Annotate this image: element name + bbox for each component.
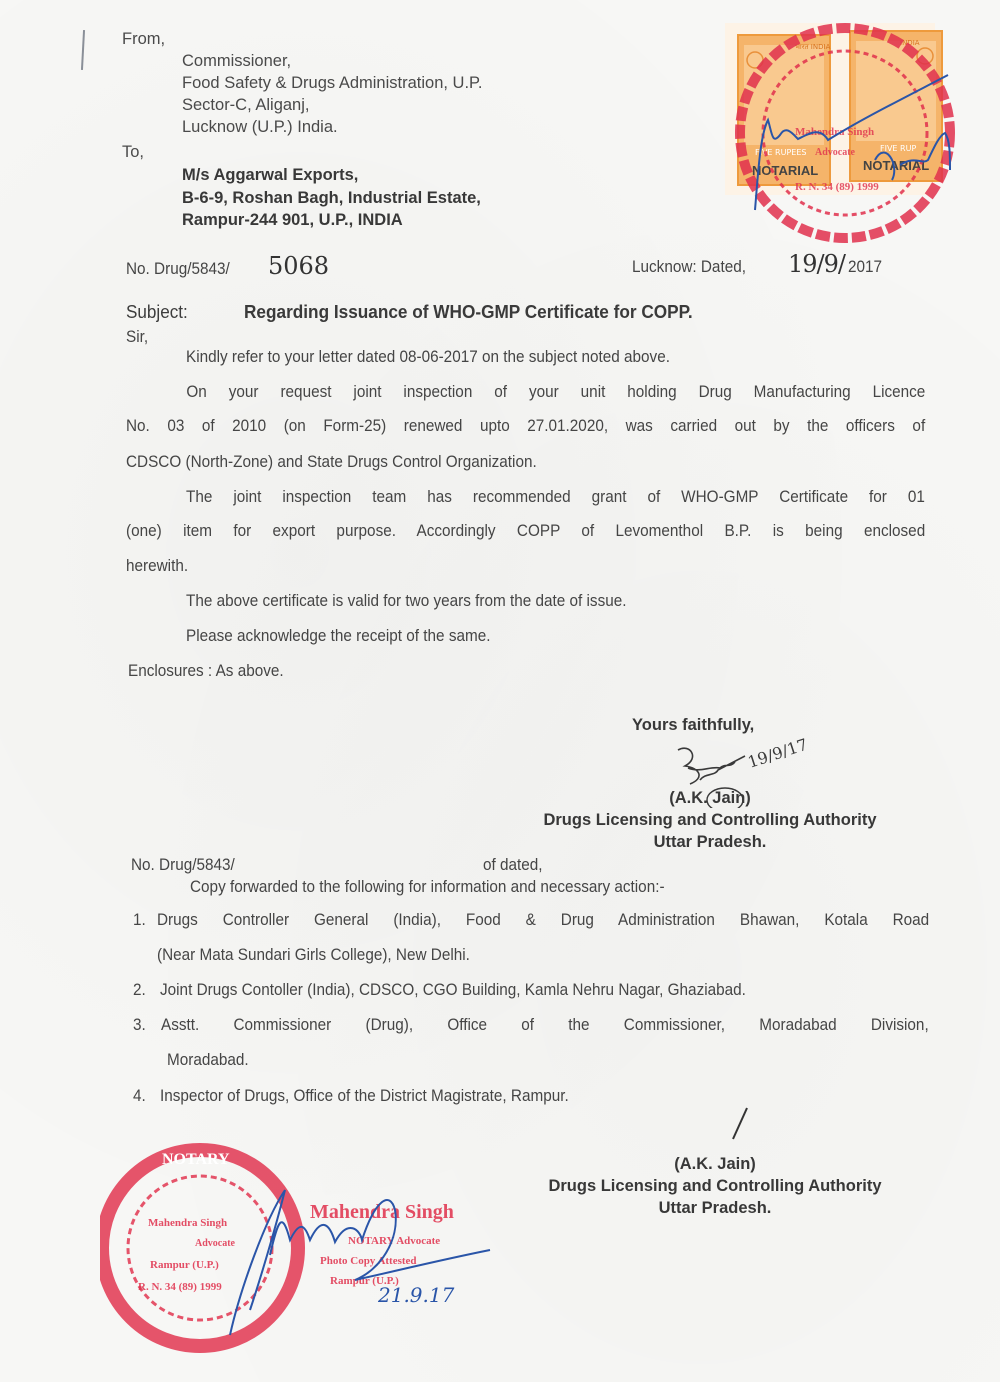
signatory-block-2: (A.K. Jain) Drugs Licensing and Controll… [485, 1153, 945, 1219]
closing: Yours faithfully, [632, 716, 754, 735]
enclosures: Enclosures : As above. [128, 661, 284, 681]
from-line-2: Food Safety & Drugs Administration, U.P. [182, 74, 483, 93]
paragraph-3-line-1: The joint inspection team has recommende… [186, 487, 925, 507]
signatory-state-2: Uttar Pradesh. [485, 1197, 945, 1219]
paragraph-2-line-3: CDSCO (North-Zone) and State Drugs Contr… [126, 452, 537, 472]
to-line-3: Rampur-244 901, U.P., INDIA [182, 211, 403, 230]
subject-text: Regarding Issuance of WHO-GMP Certificat… [244, 301, 693, 323]
from-line-1: Commissioner, [182, 52, 291, 71]
from-line-4: Lucknow (U.P.) India. [182, 118, 338, 137]
to-line-1: M/s Aggarwal Exports, [182, 166, 358, 185]
notarial-revenue-stamps: भारत INDIA INDIA FIVE RUPEES FIVE RUP NO… [700, 15, 960, 245]
paragraph-2-line-1: On your request joint inspection of your… [154, 382, 925, 402]
svg-text:Mahendra Singh: Mahendra Singh [148, 1217, 227, 1229]
copy-item-1-line-1: Drugs Controller General (India), Food &… [157, 910, 929, 930]
signatory-title-1: Drugs Licensing and Controlling Authorit… [480, 809, 940, 831]
paragraph-3-line-1-wrap: The joint inspection team has recommende… [186, 487, 925, 507]
svg-text:NOTARIAL: NOTARIAL [752, 163, 818, 178]
to-label: To, [122, 143, 144, 162]
paragraph-5: Please acknowledge the receipt of the sa… [186, 626, 490, 646]
paragraph-2-line-2: No. 03 of 2010 (on Form-25) renewed upto… [126, 416, 925, 436]
copy-item-4-line-1: Inspector of Drugs, Office of the Distri… [160, 1086, 569, 1106]
copy-reference: No. Drug/5843/ [131, 855, 235, 875]
copy-item-3-line-1: Asstt. Commissioner (Drug), Office of th… [161, 1015, 929, 1035]
svg-text:R. N. 34 (89) 1999: R. N. 34 (89) 1999 [138, 1281, 222, 1293]
reference-number: No. Drug/5843/ [126, 259, 230, 279]
svg-text:Advocate: Advocate [815, 147, 856, 158]
copy-intro: Copy forwarded to the following for info… [190, 877, 665, 897]
signatory-state-1: Uttar Pradesh. [480, 831, 940, 853]
date-year: 2017 [848, 257, 882, 277]
svg-text:21.9.17: 21.9.17 [377, 1283, 455, 1307]
paragraph-2: On your request joint inspection of your… [154, 382, 925, 402]
paragraph-3-line-3: herewith. [126, 556, 188, 576]
place-dated: Lucknow: Dated, [632, 257, 746, 277]
from-label: From, [122, 30, 165, 49]
copy-item-3-line-2: Moradabad. [167, 1050, 249, 1070]
document-page: From, Commissioner, Food Safety & Drugs … [0, 0, 1000, 1382]
svg-text:NOTARY: NOTARY [162, 1151, 230, 1168]
svg-text:19/9/17: 19/9/17 [745, 738, 810, 772]
signatory-block-1: (A.K. Jain) Drugs Licensing and Controll… [480, 787, 940, 853]
svg-text:भारत INDIA: भारत INDIA [795, 43, 831, 51]
signature-stroke-2 [725, 1105, 755, 1145]
reference-handwritten: 5068 [268, 252, 329, 280]
signatory-title-2: Drugs Licensing and Controlling Authorit… [485, 1175, 945, 1197]
signatory-name-2: (A.K. Jain) [485, 1153, 945, 1175]
paragraph-3-line-2: (one) item for export purpose. According… [126, 521, 925, 541]
to-line-2: B-6-9, Roshan Bagh, Industrial Estate, [182, 189, 481, 208]
copy-item-3-number: 3. [133, 1015, 146, 1035]
svg-text:Mahendra Singh: Mahendra Singh [310, 1201, 454, 1223]
svg-text:Photo Copy Attested: Photo Copy Attested [320, 1255, 417, 1267]
paragraph-3-line-2-wrap: (one) item for export purpose. According… [126, 521, 925, 541]
copy-item-1-line-2: (Near Mata Sundari Girls College), New D… [157, 945, 470, 965]
salutation: Sir, [126, 327, 148, 347]
date-handwritten: 19/9/ [788, 250, 845, 278]
copy-item-1-wrap: Drugs Controller General (India), Food &… [157, 910, 929, 930]
signatory-name-1: (A.K. Jain) [480, 787, 940, 809]
from-line-3: Sector-C, Aliganj, [182, 96, 309, 115]
svg-text:FIVE RUPEES: FIVE RUPEES [755, 148, 806, 157]
copy-item-4-number: 4. [133, 1086, 146, 1106]
subject-label: Subject: [126, 302, 188, 323]
notary-seal-stamp: NOTARY Mahendra Singh Advocate Rampur (U… [100, 1130, 520, 1380]
svg-text:Advocate: Advocate [195, 1238, 236, 1249]
copy-item-3-wrap: Asstt. Commissioner (Drug), Office of th… [161, 1015, 929, 1035]
svg-text:FIVE RUP: FIVE RUP [880, 144, 916, 153]
svg-text:Rampur (U.P.): Rampur (U.P.) [150, 1259, 219, 1271]
paragraph-4: The above certificate is valid for two y… [186, 591, 627, 611]
copy-item-2-number: 2. [133, 980, 146, 1000]
paragraph-1: Kindly refer to your letter dated 08-06-… [186, 347, 670, 367]
copy-item-1-number: 1. [133, 910, 146, 930]
paragraph-2-line-2-wrap: No. 03 of 2010 (on Form-25) renewed upto… [126, 416, 925, 436]
reference-prefix: No. Drug/5843/ [126, 259, 230, 278]
copy-item-2-line-1: Joint Drugs Contoller (India), CDSCO, CG… [160, 980, 746, 1000]
copy-of-dated: of dated, [483, 855, 543, 875]
staple-mark [81, 30, 85, 70]
svg-text:R. N. 34 (89) 1999: R. N. 34 (89) 1999 [795, 181, 879, 193]
